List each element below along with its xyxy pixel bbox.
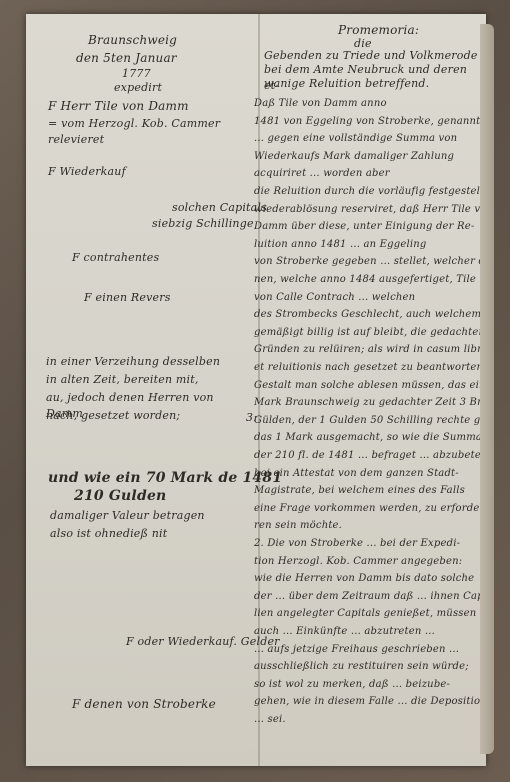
memo-body-line: Damm über diese, unter Einigung der Re- — [254, 219, 482, 235]
memo-body-line: die Reluition durch die vorläufig festge… — [254, 184, 482, 200]
memo-body-line: wie die Herren von Damm bis dato solche — [254, 571, 482, 587]
memo-body-line: eine Frage vorkommen werden, zu erforde- — [254, 501, 482, 517]
memo-body-line: ... sei. — [254, 712, 482, 728]
memo-body-line: et reluitionis nach gesetzet zu beantwor… — [254, 360, 482, 376]
memo-body-line: Gülden, der 1 Gulden 50 Schilling rechte… — [254, 413, 482, 429]
memo-body-line: Gründen zu relüiren; als wird in casum l… — [254, 342, 482, 358]
date-line: den 5ten Januar — [76, 50, 177, 66]
left-entry: = vom Herzogl. Kob. Cammer relevieret — [48, 116, 248, 148]
memo-body-line: auch ... Einkünfte ... abzutreten ... — [254, 624, 482, 640]
status-note: expedirt — [114, 80, 162, 96]
place-name: Braunschweig — [88, 32, 177, 48]
memo-body-line: acquiriret ... worden aber — [254, 166, 482, 182]
memo-body-line: Mark Braunschweig zu gedachter Zeit 3 Br… — [254, 395, 482, 411]
left-entry: F contrahentes — [72, 250, 272, 266]
memo-body-line: Magistrate, bei welchem eines des Falls — [254, 483, 482, 499]
left-entry: also ist ohnedieß nit — [50, 526, 250, 542]
memo-body-line: wiederablösung reserviret, daß Herr Tile… — [254, 202, 482, 218]
left-entry: solchen Capitals — [172, 200, 267, 216]
memo-body-line: luition anno 1481 ... an Eggeling — [254, 237, 482, 253]
memo-body-line: gemäßigt billig ist auf bleibt, die geda… — [254, 325, 482, 341]
memo-body-line: der 210 fl. de 1481 ... befraget ... abz… — [254, 448, 482, 464]
memo-body-line: ren sein möchte. — [254, 518, 482, 534]
memo-body-line: ausschließlich zu restituiren sein würde… — [254, 659, 482, 675]
memo-body-line: von Stroberke gegeben ... stellet, welch… — [254, 254, 482, 270]
memo-body-line: 2. Die von Stroberke ... bei der Expedi- — [254, 536, 482, 552]
memo-body-line: das 1 Mark ausgemacht, so wie die Summa — [254, 430, 482, 446]
memo-body-line: so ist wol zu merken, daß ... beizube- — [254, 677, 482, 693]
memo-body-line: Daß Tile von Damm anno — [254, 96, 482, 112]
left-entry: siebzig Schillinge — [152, 216, 254, 232]
memo-body-line: ... aufs jetzige Freihaus geschrieben ..… — [254, 642, 482, 658]
memo-body-line: Wiederkaufs Mark damaliger Zahlung — [254, 149, 482, 165]
memo-body-line: nen, welche anno 1484 ausgefertiget, Til… — [254, 272, 482, 288]
memo-body-line: tion Herzogl. Kob. Cammer angegeben: — [254, 554, 482, 570]
left-entry: F denen von Stroberke — [72, 696, 216, 712]
memo-body-line: bei ein Attestat von dem ganzen Stadt- — [254, 466, 482, 482]
left-entry: in einer Verzeihung desselben — [46, 354, 246, 370]
left-entry: 210 Gulden — [74, 488, 166, 504]
left-entry: nach, gesetzet worden; — [46, 408, 246, 424]
memo-subheading: wanige Reluition betreffend. — [264, 76, 484, 92]
memo-body-line: des Strombecks Geschlecht, auch welchem … — [254, 307, 482, 323]
memo-heading: Promemoria: — [338, 22, 419, 38]
left-entry: und wie ein 70 Mark de 1481 — [48, 470, 282, 486]
memo-body-line: der ... über dem Zeitraum daß ... ihnen … — [254, 589, 482, 605]
memo-body-line: von Calle Contrach ... welchen — [254, 290, 482, 306]
left-entry: F Wiederkauf — [48, 164, 248, 180]
memo-body-line: 1481 von Eggeling von Stroberke, genannt… — [254, 114, 482, 130]
manuscript-page: Braunschweig den 5ten Januar 1777 expedi… — [26, 14, 486, 766]
memo-body-line: ... gegen eine vollständige Summa von — [254, 131, 482, 147]
left-entry: damaliger Valeur betragen — [50, 508, 250, 524]
memo-body-line: Gestalt man solche ablesen müssen, das e… — [254, 378, 482, 394]
left-entry: in alten Zeit, bereiten mit, — [46, 372, 246, 388]
memo-body-line: lien angelegter Capitals genießet, müsse… — [254, 606, 482, 622]
memo-body-line: gehen, wie in diesem Falle ... die Depos… — [254, 694, 482, 710]
left-entry: F Herr Tile von Damm — [48, 98, 248, 114]
